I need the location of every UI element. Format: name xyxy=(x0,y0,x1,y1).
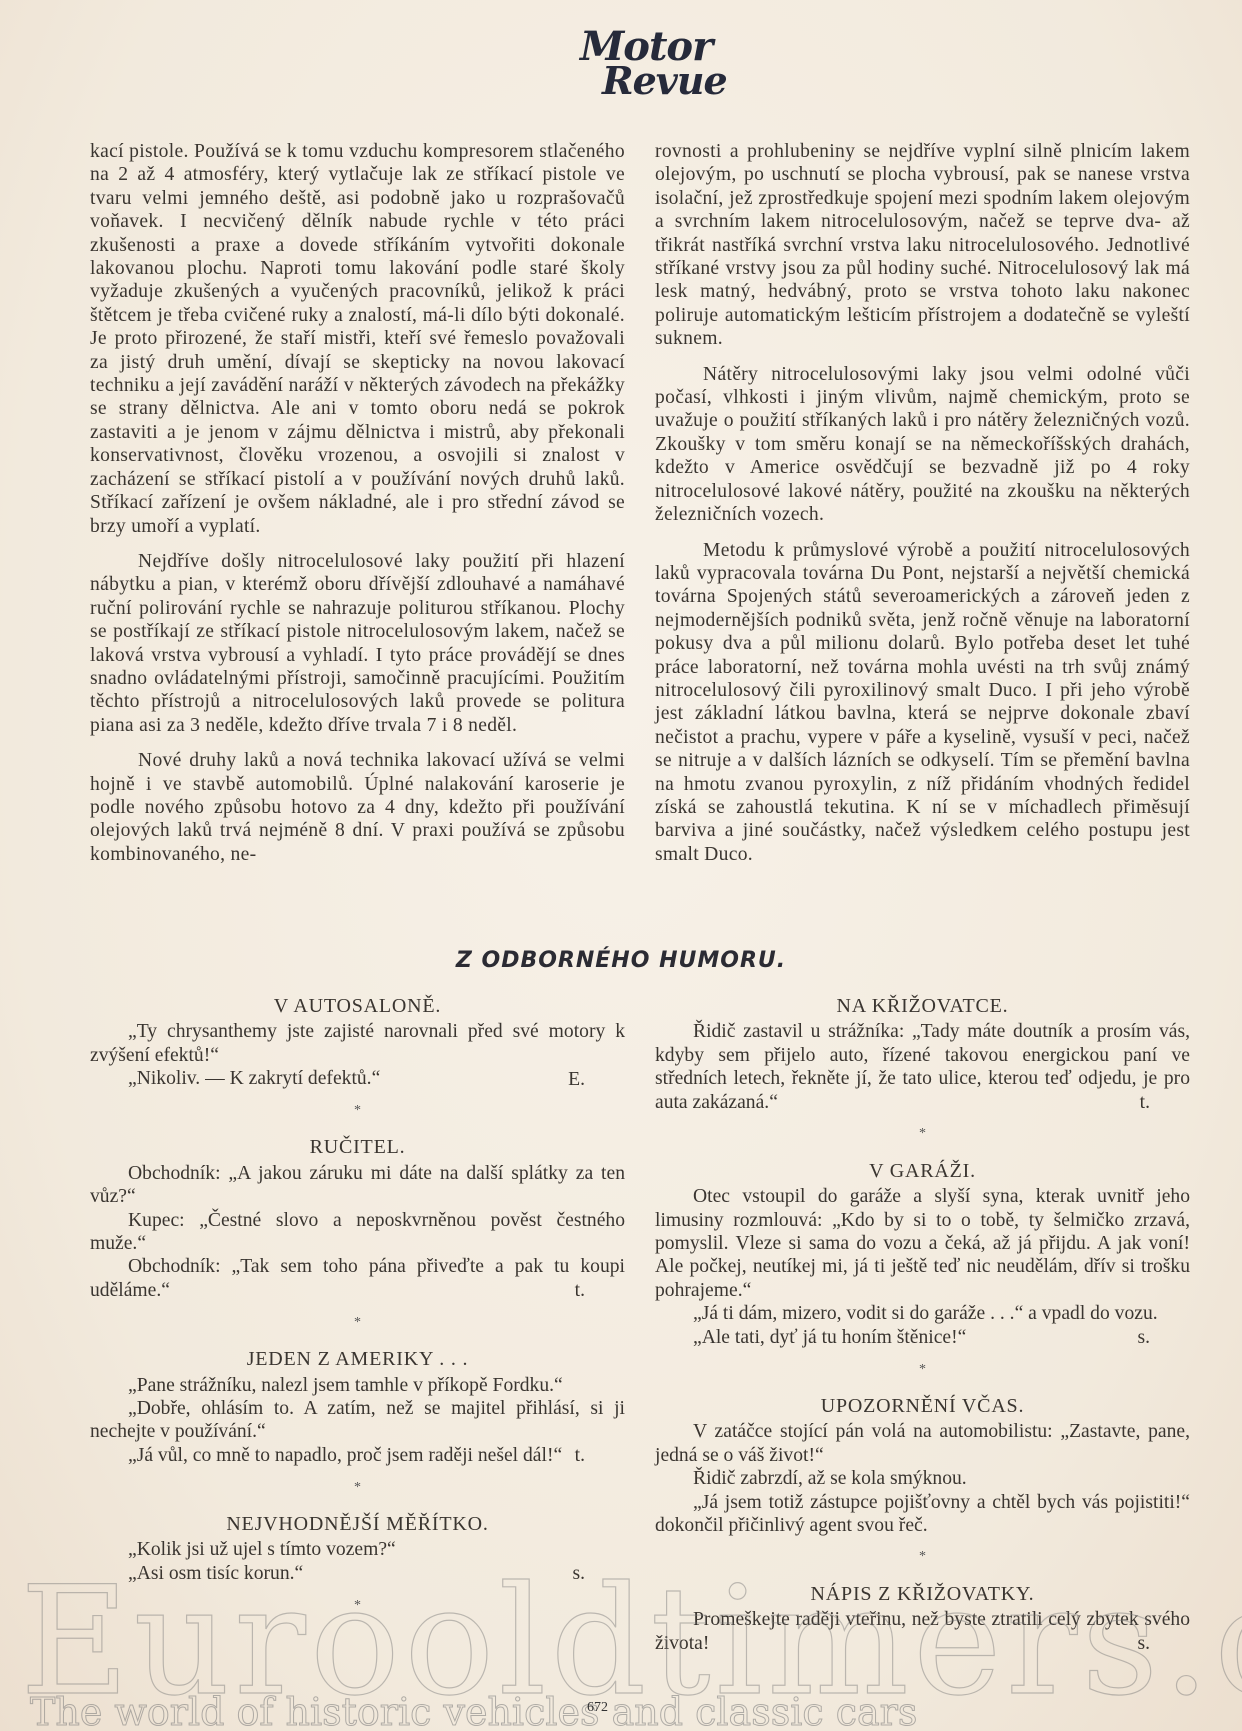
joke-title: RUČITEL. xyxy=(90,1136,625,1159)
joke-signature: t. xyxy=(90,1279,625,1302)
joke-item: NÁPIS Z KŘIŽOVATKY. Promeškejte raději v… xyxy=(655,1583,1190,1656)
watermark-tagline: The world of historic vehicles and class… xyxy=(30,1690,917,1731)
joke-line: „Dobře, ohlásím to. A zatím, než se maji… xyxy=(90,1397,625,1444)
joke-title: UPOZORNĚNÍ VČAS. xyxy=(655,1395,1190,1418)
joke-line: „Ty chrysanthemy jste zajisté narovnali … xyxy=(90,1020,625,1067)
separator-asterisk: * xyxy=(90,1476,625,1499)
article-paragraph: Nejdříve došly nitrocelulosové laky použ… xyxy=(90,550,625,737)
joke-line: Obchodník: „A jakou záruku mi dáte na da… xyxy=(90,1162,625,1209)
masthead-line-2: Revue xyxy=(602,64,710,98)
separator-asterisk: * xyxy=(90,1594,625,1617)
joke-item: V GARÁŽI. Otec vstoupil do garáže a slyš… xyxy=(655,1160,1190,1350)
joke-item: NA KŘIŽOVATCE. Řidič zastavil u strážník… xyxy=(655,995,1190,1114)
joke-line: „Já jsem totiž zástupce pojišťovny a cht… xyxy=(655,1491,1190,1538)
article-paragraph: Metodu k průmyslové výrobě a použití nit… xyxy=(655,539,1190,867)
humor-left-column: V AUTOSALONĚ. „Ty chrysanthemy jste zaji… xyxy=(90,995,625,1631)
joke-item: UPOZORNĚNÍ VČAS. V zatáčce stojící pán v… xyxy=(655,1395,1190,1537)
joke-title: NEJVHODNĚJŠÍ MĚŘÍTKO. xyxy=(90,1513,625,1536)
joke-line: „Pane strážníku, nalezl jsem tamhle v př… xyxy=(90,1374,625,1397)
joke-title: JEDEN Z AMERIKY . . . xyxy=(90,1348,625,1371)
separator-asterisk: * xyxy=(90,1099,625,1122)
joke-signature: s. xyxy=(655,1632,1190,1655)
magazine-page: Motor Revue kací pistole. Používá se k t… xyxy=(0,0,1242,1731)
page-number: 672 xyxy=(587,1700,608,1716)
joke-line: Otec vstoupil do garáže a slyší syna, kt… xyxy=(655,1185,1190,1302)
humor-section-title: Z ODBORNÉHO HUMORU. xyxy=(0,948,1242,973)
humor-right-column: NA KŘIŽOVATCE. Řidič zastavil u strážník… xyxy=(655,995,1190,1661)
masthead-logo: Motor Revue xyxy=(580,30,710,98)
joke-line: Kupec: „Čestné slovo a neposkvrněnou pov… xyxy=(90,1209,625,1256)
joke-title: V GARÁŽI. xyxy=(655,1160,1190,1183)
joke-title: NA KŘIŽOVATCE. xyxy=(655,995,1190,1018)
separator-asterisk: * xyxy=(90,1311,625,1334)
article-paragraph: kací pistole. Používá se k tomu vzduchu … xyxy=(90,140,625,538)
joke-item: JEDEN Z AMERIKY . . . „Pane strážníku, n… xyxy=(90,1348,625,1467)
article-left-column: kací pistole. Používá se k tomu vzduchu … xyxy=(90,140,625,878)
article-paragraph: Nátěry nitrocelulosovými laky jsou velmi… xyxy=(655,363,1190,527)
separator-asterisk: * xyxy=(655,1545,1190,1568)
joke-line: „Kolik jsi už ujel s tímto vozem?“ xyxy=(90,1538,625,1561)
article-paragraph: rovnosti a prohlubeniny se nejdříve vypl… xyxy=(655,140,1190,351)
separator-asterisk: * xyxy=(655,1358,1190,1381)
joke-item: V AUTOSALONĚ. „Ty chrysanthemy jste zaji… xyxy=(90,995,625,1091)
separator-asterisk: * xyxy=(655,1122,1190,1145)
joke-title: V AUTOSALONĚ. xyxy=(90,995,625,1018)
joke-item: RUČITEL. Obchodník: „A jakou záruku mi d… xyxy=(90,1136,625,1302)
joke-line: „Já ti dám, mizero, vodit si do garáže .… xyxy=(655,1302,1190,1325)
article-right-column: rovnosti a prohlubeniny se nejdříve vypl… xyxy=(655,140,1190,878)
joke-item: NEJVHODNĚJŠÍ MĚŘÍTKO. „Kolik jsi už ujel… xyxy=(90,1513,625,1586)
joke-title: NÁPIS Z KŘIŽOVATKY. xyxy=(655,1583,1190,1606)
joke-line: V zatáčce stojící pán volá na automobili… xyxy=(655,1420,1190,1467)
joke-line: Řidič zabrzdí, až se kola smýknou. xyxy=(655,1467,1190,1490)
joke-line: „Já vůl, co mně to napadlo, proč jsem ra… xyxy=(90,1444,625,1467)
article-paragraph: Nové druhy laků a nová technika lakovací… xyxy=(90,749,625,866)
